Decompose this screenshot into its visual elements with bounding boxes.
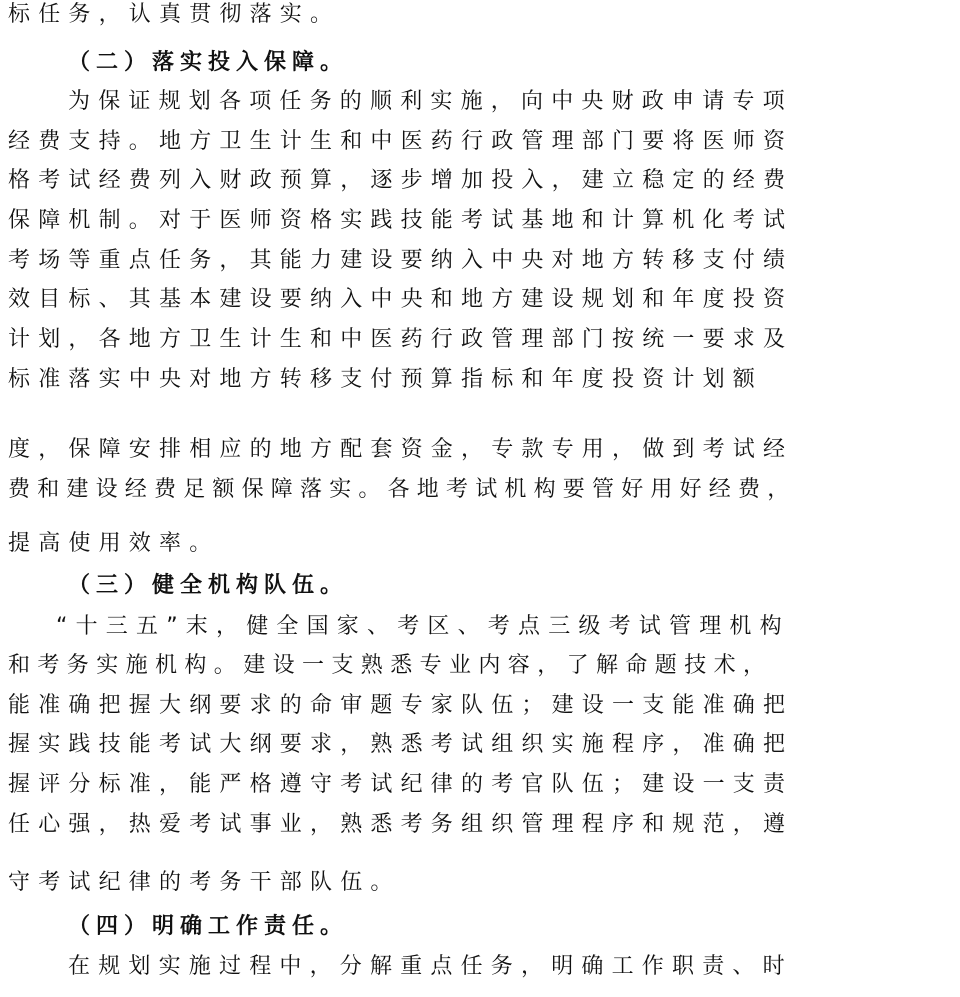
body-line: 考场等重点任务，其能力建设要纳入中央对地方转移支付绩 (8, 246, 793, 276)
section-heading-3: （三）健全机构队伍。 (68, 570, 348, 600)
body-line: 保障机制。对于医师资格实践技能考试基地和计算机化考试 (8, 206, 793, 236)
body-line: 能准确把握大纲要求的命审题专家队伍；建设一支能准确把 (8, 691, 793, 721)
body-line: 和考务实施机构。建设一支熟悉专业内容，了解命题技术， (8, 651, 772, 681)
section-heading-2: （二）落实投入保障。 (68, 47, 348, 77)
document-page: 标任务，认真贯彻落实。 （二）落实投入保障。 为保证规划各项任务的顺利实施，向中… (0, 0, 960, 997)
body-line: 计划，各地方卫生计生和中医药行政管理部门按统一要求及 (8, 325, 793, 355)
paragraph-start-line: 为保证规划各项任务的顺利实施，向中央财政申请专项 (68, 87, 793, 117)
body-line: 费和建设经费足额保障落实。各地考试机构要管好用好经费， (8, 475, 796, 505)
body-line: 守考试纪律的考务干部队伍。 (8, 868, 401, 898)
body-line: 格考试经费列入财政预算，逐步增加投入，建立稳定的经费 (8, 166, 793, 196)
body-line: 标准落实中央对地方转移支付预算指标和年度投资计划额 (8, 365, 763, 395)
body-line: 任心强，热爱考试事业，熟悉考务组织管理程序和规范，遵 (8, 810, 793, 840)
section-heading-4: （四）明确工作责任。 (68, 911, 348, 941)
paragraph-start-line: 在规划实施过程中，分解重点任务，明确工作职责、时 (68, 952, 793, 982)
body-line: 握实践技能考试大纲要求，熟悉考试组织实施程序，准确把 (8, 730, 793, 760)
body-line: 握评分标准，能严格遵守考试纪律的考官队伍；建设一支责 (8, 770, 793, 800)
body-line: 标任务，认真贯彻落实。 (8, 0, 340, 30)
body-line: 提高使用效率。 (8, 529, 219, 559)
body-line: 效目标、其基本建设要纳入中央和地方建设规划和年度投资 (8, 285, 793, 315)
body-line: 度，保障安排相应的地方配套资金，专款专用，做到考试经 (8, 435, 793, 465)
body-line: 经费支持。地方卫生计生和中医药行政管理部门要将医师资 (8, 127, 793, 157)
paragraph-start-line: “十三五”末，健全国家、考区、考点三级考试管理机构 (56, 612, 790, 642)
